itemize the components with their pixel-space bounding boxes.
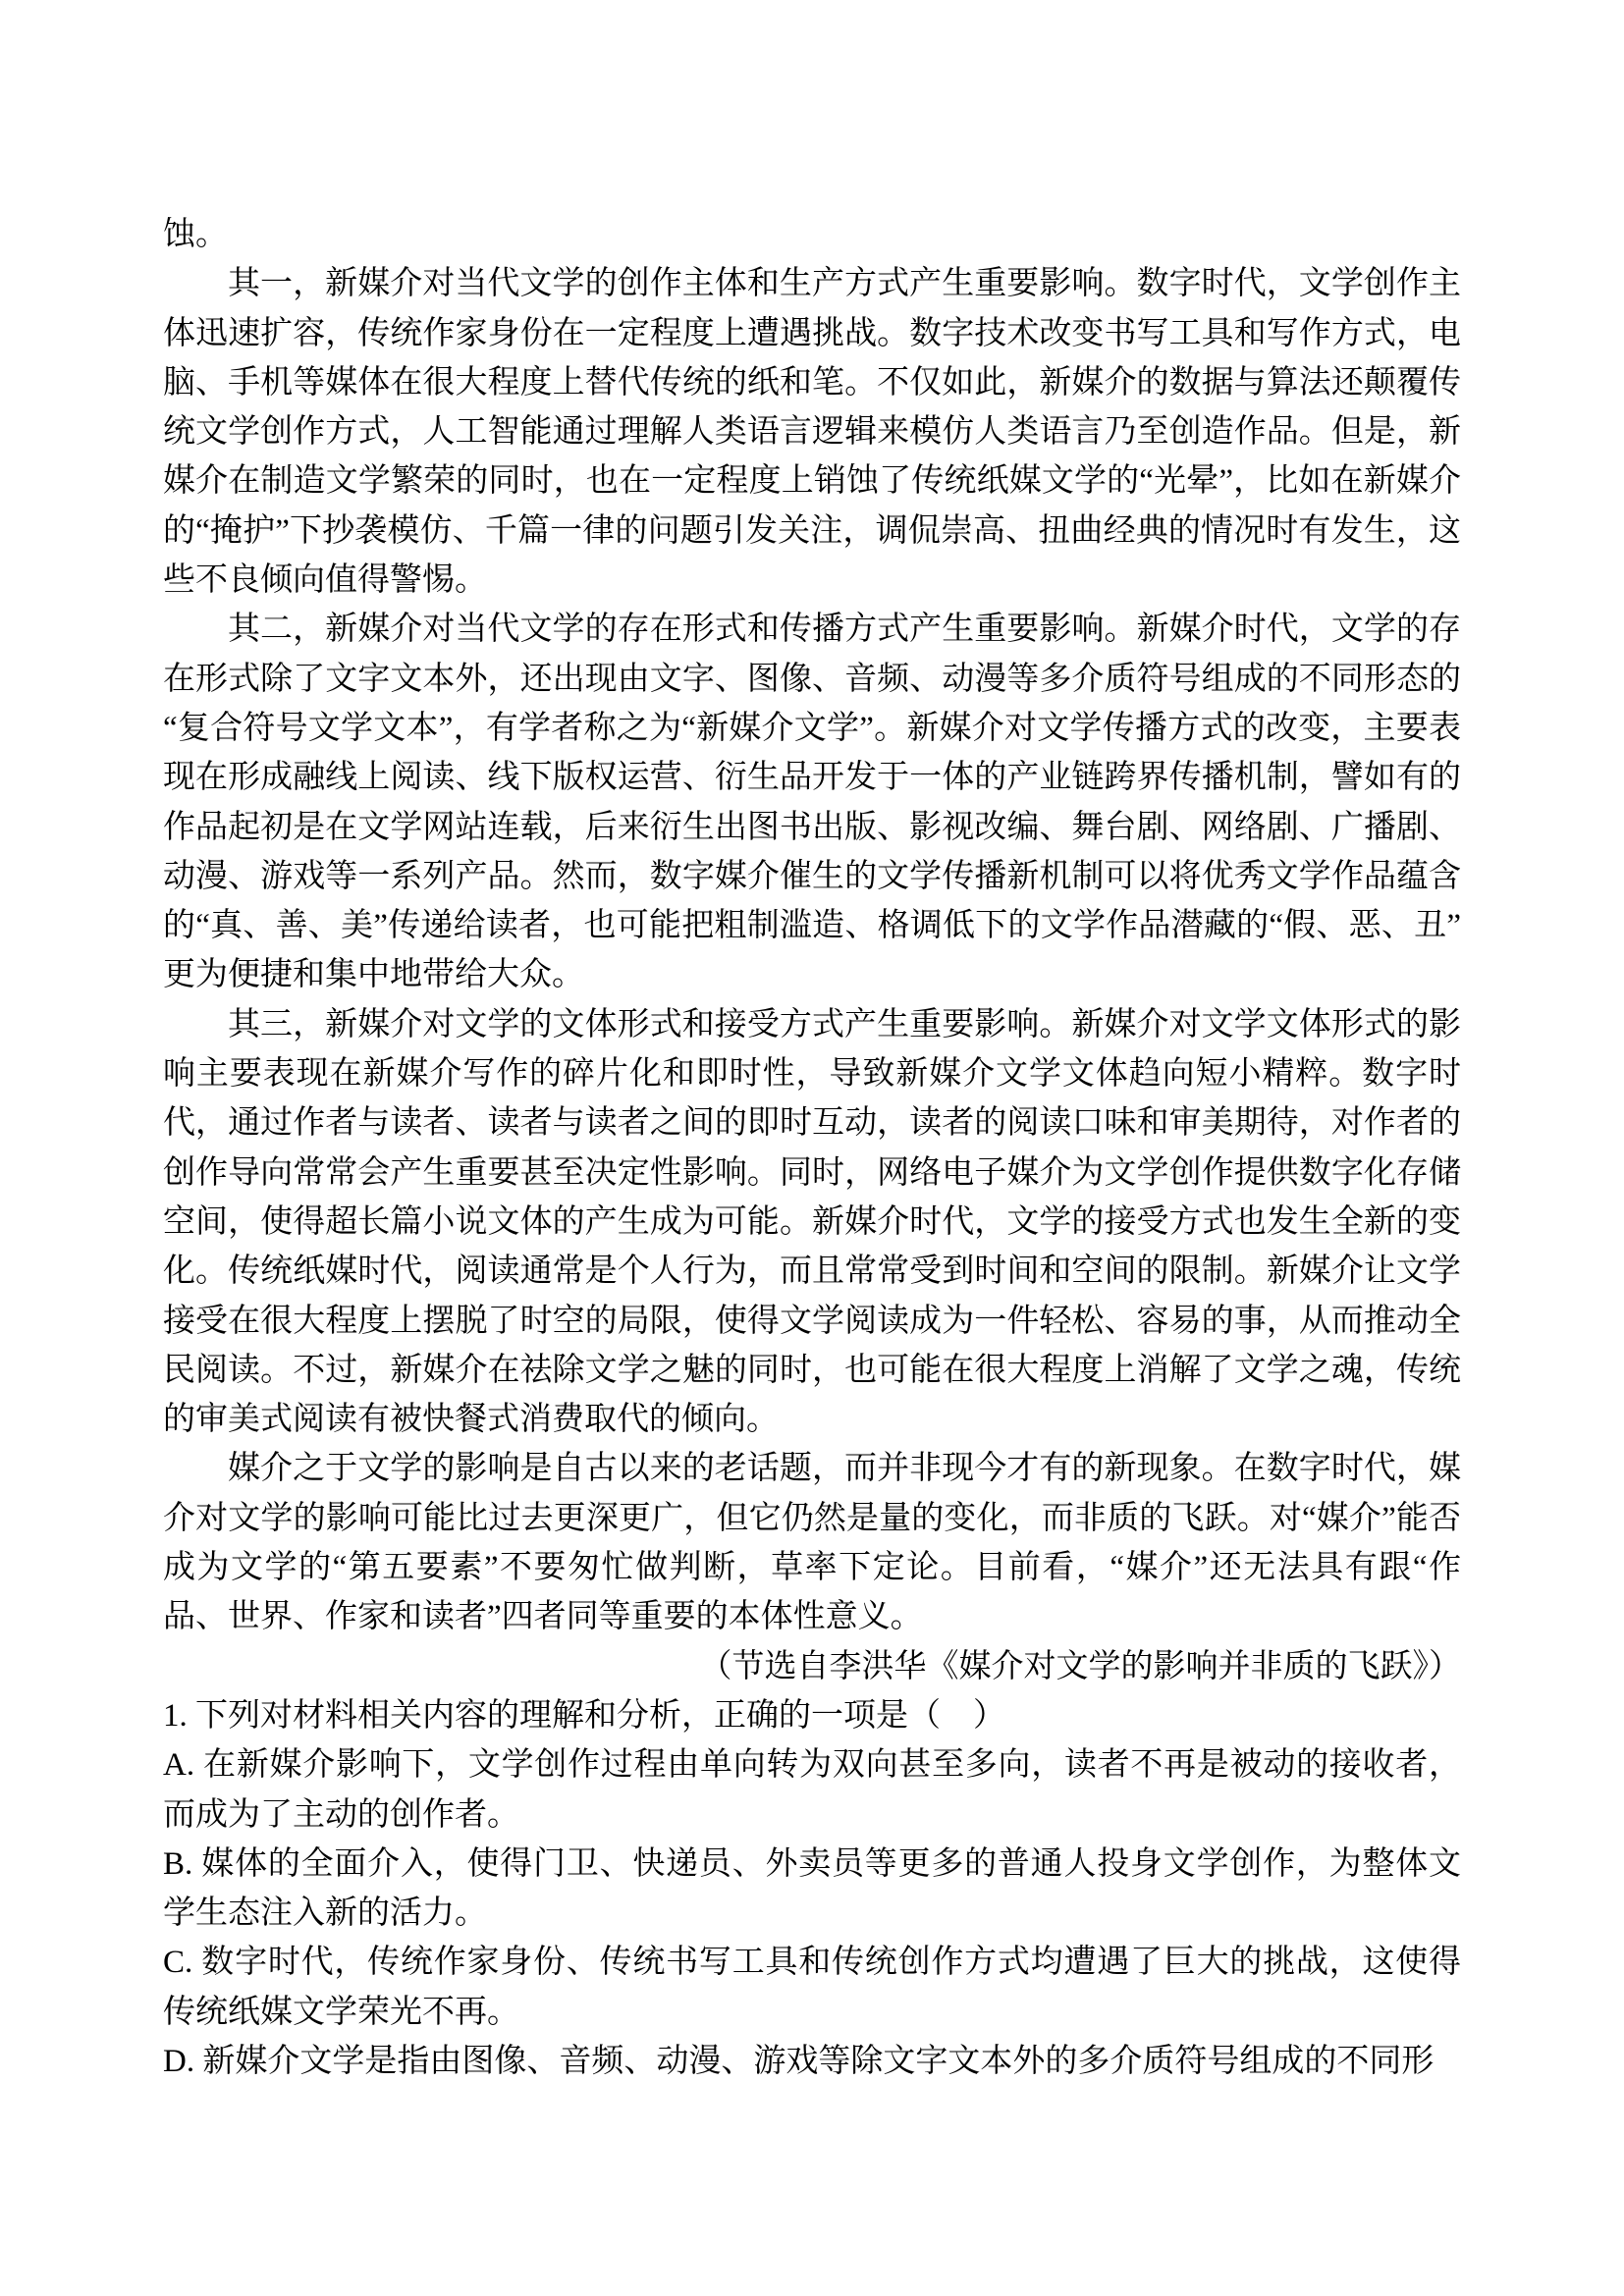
document-content: 蚀。 其一，新媒介对当代文学的创作主体和生产方式产生重要影响。数字时代，文学创作… [163,210,1461,2086]
source-attribution: （节选自李洪华《媒介对文学的影响并非质的飞跃》） [163,1642,1461,1691]
paragraph-continuation: 蚀。 [163,210,1461,259]
question-1-option-a: A. 在新媒介影响下，文学创作过程由单向转为双向甚至多向，读者不再是被动的接收者… [163,1740,1461,1840]
material-paragraph-closing: 媒介之于文学的影响是自古以来的老话题，而并非现今才有的新现象。在数字时代，媒介对… [163,1444,1461,1641]
material-paragraph-point-2: 其二，新媒介对当代文学的存在形式和传播方式产生重要影响。新媒介时代，文学的存在形… [163,605,1461,999]
material-paragraph-point-3: 其三，新媒介对文学的文体形式和接受方式产生重要影响。新媒介对文学文体形式的影响主… [163,1000,1461,1445]
question-1-option-c: C. 数字时代，传统作家身份、传统书写工具和传统创作方式均遭遇了巨大的挑战，这使… [163,1938,1461,2037]
question-1-option-d: D. 新媒介文学是指由图像、音频、动漫、游戏等除文字文本外的多介质符号组成的不同… [163,2037,1461,2086]
question-1-option-b: B. 媒体的全面介入，使得门卫、快递员、外卖员等更多的普通人投身文学创作，为整体… [163,1840,1461,1939]
question-1-stem: 1. 下列对材料相关内容的理解和分析，正确的一项是（ ） [163,1691,1461,1740]
document-page: 蚀。 其一，新媒介对当代文学的创作主体和生产方式产生重要影响。数字时代，文学创作… [0,0,1624,2296]
material-paragraph-point-1: 其一，新媒介对当代文学的创作主体和生产方式产生重要影响。数字时代，文学创作主体迅… [163,259,1461,605]
